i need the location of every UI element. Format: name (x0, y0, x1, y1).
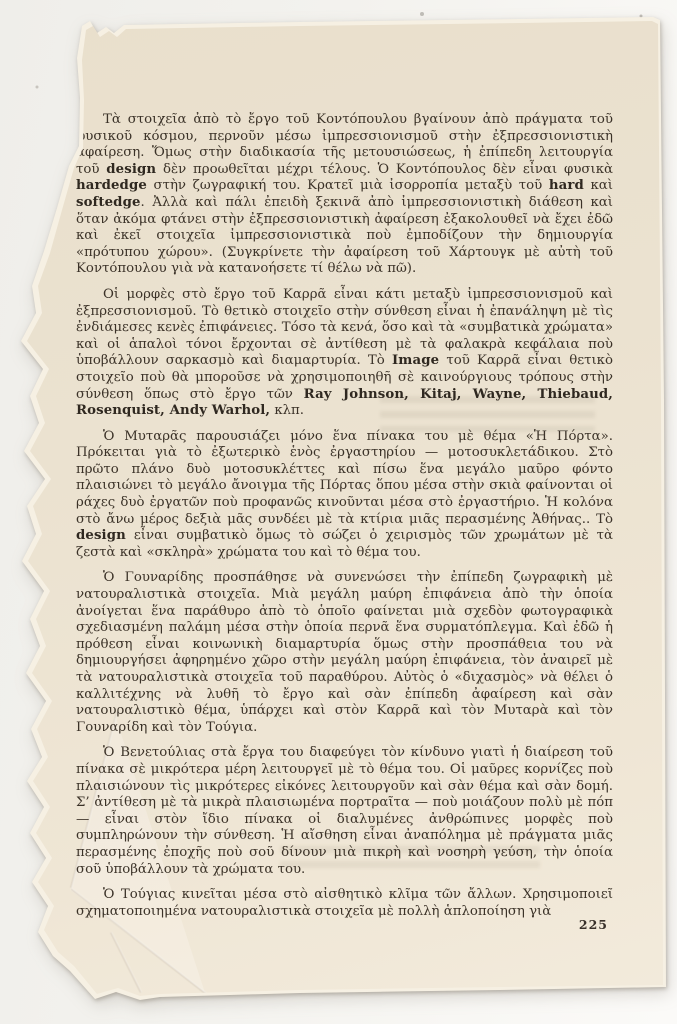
paragraph: Ὁ Τούγιας κινεῖται μέσα στὸ αἰσθητικὸ κλ… (76, 887, 613, 920)
paragraph: Ὁ Γουναρίδης προσπάθησε νὰ συνενώσει τὴν… (76, 570, 613, 736)
page-paper: Τὰ στοιχεῖα ἀπὸ τὸ ἔργο τοῦ Κοντόπουλου … (0, 0, 677, 1024)
bold-term: design (106, 162, 156, 177)
bold-term: hardedge (76, 178, 147, 193)
text-run: Ὁ Τούγιας κινεῖται μέσα στὸ αἰσθητικὸ κλ… (76, 887, 613, 919)
bold-term: Image (392, 353, 439, 368)
page-text: Τὰ στοιχεῖα ἀπὸ τὸ ἔργο τοῦ Κοντόπουλου … (76, 112, 613, 929)
text-run: Ὁ Γουναρίδης προσπάθησε νὰ συνενώσει τὴν… (76, 570, 613, 734)
text-run: δὲν προωθεῖται μέχρι τέλους. Ὁ Κοντόπουλ… (156, 162, 613, 177)
text-run: εἶναι συμβατικὸ ὅμως τὸ σώζει ὁ χειρισμὸ… (76, 528, 613, 560)
paragraph: Ὁ Μυταρᾶς παρουσιάζει μόνο ἕνα πίνακα το… (76, 429, 613, 562)
text-run: Ὁ Μυταρᾶς παρουσιάζει μόνο ἕνα πίνακα το… (76, 429, 613, 527)
text-run: καὶ (584, 178, 613, 193)
paragraph: Τὰ στοιχεῖα ἀπὸ τὸ ἔργο τοῦ Κοντόπουλου … (76, 112, 613, 278)
bold-term: design (76, 528, 126, 543)
text-run: . Ἀλλὰ καὶ πάλι ἐπειδὴ ξεκινᾶ ἀπὸ ἰμπρεσ… (76, 195, 613, 276)
paragraph: Οἱ μορφὲς στὸ ἔργο τοῦ Καρρᾶ εἶναι κάτι … (76, 287, 613, 420)
page-number: 225 (579, 917, 608, 932)
torn-page: Τὰ στοιχεῖα ἀπὸ τὸ ἔργο τοῦ Κοντόπουλου … (0, 0, 677, 1024)
text-run: κλπ. (270, 403, 304, 418)
bold-term: softedge (76, 195, 141, 210)
text-run: στὴν ζωγραφική του. Κρατεῖ μιὰ ἰσορροπία… (147, 178, 549, 193)
text-run: Ὁ Βενετούλιας στὰ ἔργα του διαφεύγει τὸν… (76, 745, 613, 876)
paragraph: Ὁ Βενετούλιας στὰ ἔργα του διαφεύγει τὸν… (76, 745, 613, 878)
bold-term: hard (549, 178, 584, 193)
